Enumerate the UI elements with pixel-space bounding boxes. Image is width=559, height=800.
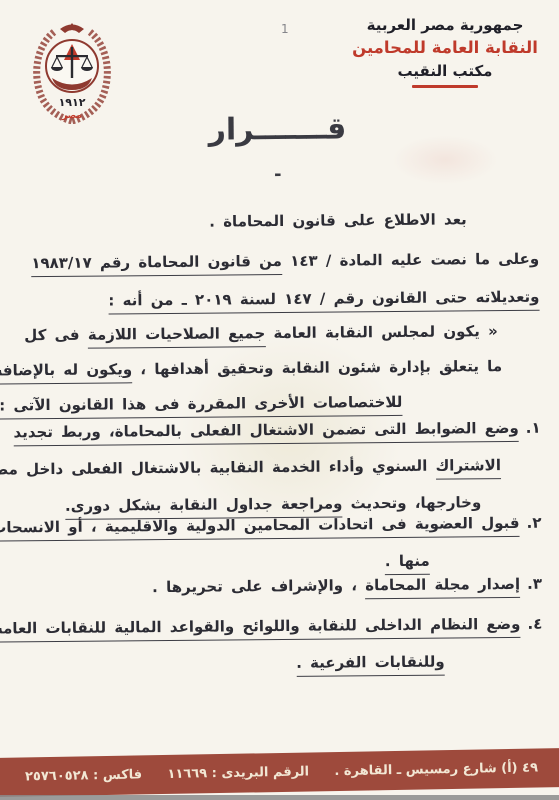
body-line: ٣.إصدار مجلة المحاماة ، والإشراف على تحر… <box>32 571 542 601</box>
scan-bottom-edge <box>0 795 559 800</box>
text-segment: ما يتعلق بإدارة شئون النقابة وتحقيق أهدا… <box>132 357 502 378</box>
scanned-text-body: قـــــــرار - بعد الاطلاع على قانون المح… <box>0 0 559 800</box>
text-segment: الاشتراك <box>435 456 501 480</box>
body-line: وعلى ما نصت عليه المادة / ١٤٣ من قانون ا… <box>29 240 539 282</box>
footer-address: ٤٩ (أ) شارع رمسيس ـ القاهرة . <box>334 760 538 779</box>
text-segment: السنوي وأداء الخدمة النقابية بالاشتغال ا… <box>0 457 436 479</box>
body-line: ما يتعلق بإدارة شئون النقابة وتحقيق أهدا… <box>30 349 502 388</box>
text-segment: « يكون لمجلس النقابة العامة <box>265 322 498 342</box>
paragraph-quotation: « يكون لمجلس النقابة العامة جميع الصلاحي… <box>30 314 541 423</box>
list-item-4: ٤.وضع النظام الداخلى للنقابة واللوائح وا… <box>32 606 543 684</box>
title-dash: - <box>0 162 557 188</box>
text-segment: وللنقابات الفرعية . <box>296 653 445 677</box>
text-segment: قبول العضوية فى اتحادات المحامين الدولية… <box>0 514 520 542</box>
list-item-3: ٣.إصدار مجلة المحاماة ، والإشراف على تحر… <box>32 571 542 601</box>
list-number: ٤. <box>527 615 542 633</box>
document-page: ١٩١٢ مصر جمهورية مصر العربية النقابة الع… <box>0 0 559 800</box>
text-segment: من قانون المحاماة رقم ١٩٨٣/١٧ <box>31 252 282 277</box>
footer-fax: فاكس : ٢٥٧٦٠٥٢٨ <box>25 767 142 784</box>
text-segment: فى كل <box>24 326 88 345</box>
list-number: ١. <box>526 419 541 437</box>
body-line: وللنقابات الفرعية . <box>32 644 444 685</box>
text-segment: وضع الضوابط التى تضمن الاشتغال الفعلى با… <box>13 419 518 446</box>
body-line: الاشتراك السنوي وأداء الخدمة النقابية با… <box>31 447 501 488</box>
text-segment: ، والإشراف على تحريرها . <box>152 576 365 596</box>
footer-postal-code: الرقم البريدى : ١١٦٦٩ <box>167 764 309 781</box>
text-segment: وتعديلاته حتى القانون رقم / ١٤٧ لسنة ٢٠١… <box>108 288 539 315</box>
paragraph-preamble: بعد الاطلاع على قانون المحاماة . <box>29 206 539 236</box>
text-segment: جميع الصلاحيات اللازمة <box>88 324 266 349</box>
body-line: ١.وضع الضوابط التى تضمن الاشتغال الفعلى … <box>30 410 540 451</box>
list-number: ٢. <box>526 514 541 532</box>
list-number: ٣. <box>527 575 542 593</box>
paragraph-legal-basis: وعلى ما نصت عليه المادة / ١٤٣ من قانون ا… <box>29 240 540 320</box>
body-line: بعد الاطلاع على قانون المحاماة . <box>29 206 467 236</box>
text-segment: وعلى ما نصت عليه المادة / ١٤٣ <box>282 250 539 270</box>
text-segment: إصدار مجلة المحاماة <box>365 575 520 599</box>
text-segment: بعد الاطلاع على قانون المحاماة . <box>209 210 467 230</box>
body-line: ٢.قبول العضوية فى اتحادات المحامين الدول… <box>31 505 541 546</box>
body-line: ٤.وضع النظام الداخلى للنقابة واللوائح وا… <box>32 606 542 647</box>
document-title: قـــــــرار <box>0 110 557 150</box>
text-segment: ويكون له بالإضافة <box>0 360 132 384</box>
body-line: « يكون لمجلس النقابة العامة جميع الصلاحي… <box>30 314 498 353</box>
text-segment: وضع النظام الداخلى للنقابة واللوائح والق… <box>0 615 521 643</box>
